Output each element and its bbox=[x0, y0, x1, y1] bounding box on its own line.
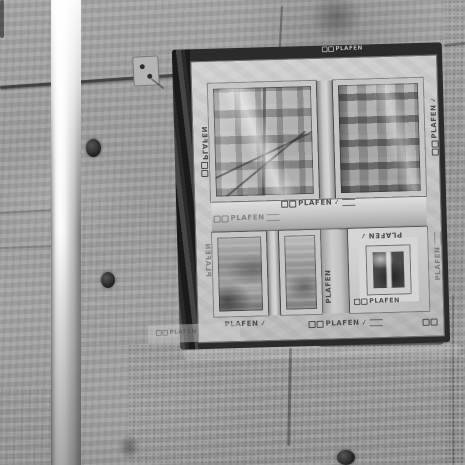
plafen-logo-icon bbox=[354, 298, 368, 305]
construction-site-photo: PLAFEN bbox=[0, 0, 465, 465]
plafen-logo-icon bbox=[422, 319, 437, 326]
panel-seam-right bbox=[452, 295, 454, 465]
plafen-logo-icon bbox=[322, 46, 334, 52]
plafen-logo-icon bbox=[214, 215, 229, 222]
plafen-brand-mark: PLAFEN ✓ bbox=[430, 97, 439, 156]
brand-text: PLAFEN bbox=[368, 230, 402, 238]
brand-text: PLAFEN bbox=[369, 298, 400, 305]
window-glazing-area bbox=[208, 78, 429, 317]
spec-lines bbox=[369, 319, 382, 326]
spec-lines bbox=[267, 214, 280, 221]
spec-lines bbox=[342, 199, 355, 206]
stipple-texture-bottom bbox=[128, 344, 465, 465]
insulation-anchor bbox=[101, 272, 115, 288]
swirl-mark: ✓ bbox=[260, 320, 267, 328]
plafen-logo-icon bbox=[281, 200, 296, 207]
glass-glare bbox=[213, 86, 314, 197]
brand-text: PLAFEN bbox=[325, 320, 359, 328]
swirl-mark: ✓ bbox=[361, 319, 368, 327]
brand-text: PLAFEN bbox=[430, 104, 438, 138]
brand-text: PLAFEN bbox=[231, 214, 265, 222]
brand-text: PLAFEN bbox=[325, 269, 333, 303]
plafen-brand-mark: PLAFEN bbox=[322, 45, 363, 52]
brand-text: PLAFEN bbox=[298, 199, 332, 207]
glass-pane-lower-left bbox=[212, 231, 268, 316]
vent-window-glass bbox=[373, 251, 405, 288]
brand-text: PLAFEN bbox=[169, 329, 196, 336]
plafen-brand-mark: PLAFEN ✓ bbox=[308, 319, 382, 328]
plafen-logo-icon bbox=[432, 140, 439, 155]
plafen-brand-mark bbox=[422, 319, 437, 326]
brand-text: PLAFEN bbox=[203, 243, 211, 277]
brand-text: PLAFEN bbox=[200, 126, 208, 160]
bolt-icon bbox=[140, 64, 145, 69]
glass-pane-upper-right bbox=[333, 78, 426, 198]
glass-pane-upper-left bbox=[208, 81, 319, 202]
insulation-anchor bbox=[337, 450, 355, 465]
insulation-anchor bbox=[86, 139, 101, 157]
plafen-brand-mark: PLAFEN bbox=[434, 231, 442, 280]
plafen-brand-mark-mirrored: PLAFEN bbox=[203, 243, 211, 277]
brand-text: PLAFEN bbox=[335, 45, 362, 51]
brand-text: PLAFEN bbox=[434, 246, 442, 280]
window-opening: PLAFEN bbox=[172, 42, 450, 349]
protective-film-scrap: PLAFEN bbox=[148, 322, 241, 343]
wall-smudge bbox=[118, 434, 140, 460]
vent-window-sash bbox=[358, 237, 419, 303]
swirl-mark: ✓ bbox=[359, 231, 366, 239]
plafen-logo-icon bbox=[156, 330, 168, 336]
plafen-logo-icon bbox=[201, 162, 208, 177]
window-frame: PLAFEN ✓ PLAFEN PLAFEN PLAFEN PLAFEN ✓ bbox=[190, 54, 445, 343]
spec-lines bbox=[434, 231, 441, 244]
plafen-logo-icon bbox=[308, 321, 323, 328]
edge-shadow bbox=[0, 0, 4, 38]
plafen-brand-mark-mirrored: PLAFEN bbox=[200, 126, 208, 177]
plafen-brand-mark: PLAFEN bbox=[354, 298, 400, 306]
glass-glare bbox=[338, 83, 421, 193]
swirl-mark: ✓ bbox=[333, 199, 340, 207]
plafen-brand-mark: PLAFEN bbox=[156, 329, 197, 336]
plafen-brand-mark-inverted: PLAFEN ✓ bbox=[360, 230, 402, 238]
swirl-mark: ✓ bbox=[430, 96, 438, 103]
glass-pane-lower-middle bbox=[279, 230, 322, 315]
plafen-brand-mark: PLAFEN bbox=[325, 269, 333, 303]
metal-rail bbox=[51, 0, 81, 465]
stipple-texture-bottom-left bbox=[0, 388, 52, 465]
